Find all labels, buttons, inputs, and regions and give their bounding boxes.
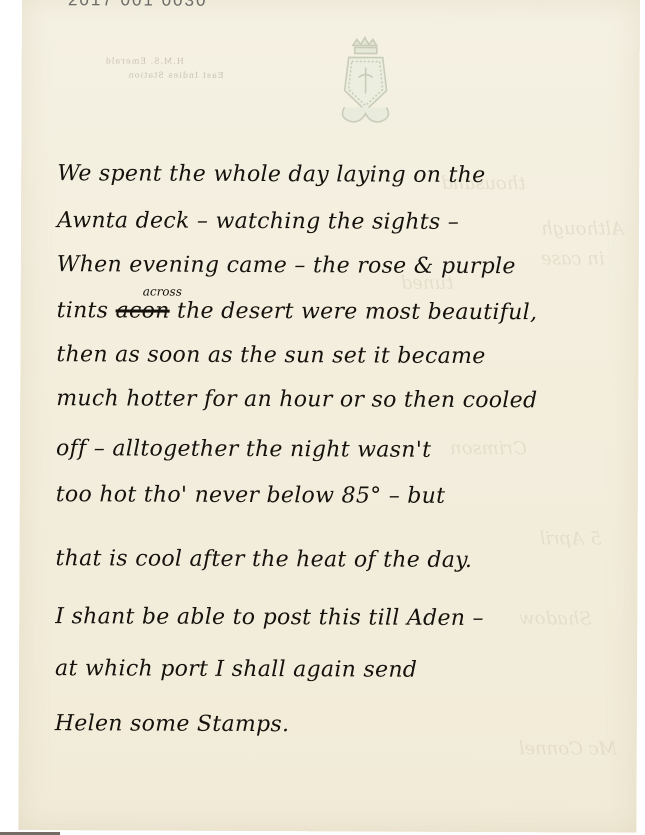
letter-line: Helen some Stamps.	[55, 711, 290, 737]
bleed-through-text: 5 April	[540, 528, 602, 549]
letter-line: We spent the whole day laying on the	[57, 161, 485, 188]
inserted-word: across	[143, 285, 182, 299]
naval-crest-icon	[334, 35, 394, 130]
letterhead-station: East Indies Station	[84, 68, 224, 83]
bleed-through-text: Although	[541, 218, 624, 239]
struck-word: acon	[116, 298, 170, 323]
bleed-through-text: Shadow	[519, 608, 592, 629]
letter-line: off – alltogether the night wasn't	[56, 436, 431, 463]
letter-line: then as soon as the sun set it became	[56, 342, 485, 369]
bleed-through-text: in case	[541, 248, 605, 269]
letter-line: tints acon the desert were most beautifu…	[57, 298, 538, 325]
letter-line: I shant be able to post this till Aden –	[55, 604, 484, 631]
letter-line: at which port I shall again send	[55, 656, 417, 683]
letterhead-mirrored: H.M.S. Emerald East Indies Station	[84, 54, 224, 83]
letter-word: tints	[57, 298, 109, 323]
letter-line: too hot tho' never below 85° – but	[56, 482, 446, 509]
letter-scan: thousand Although in case tuned Crimson …	[0, 0, 645, 835]
letter-body: We spent the whole day laying on the Awn…	[57, 146, 645, 149]
bleed-through-text: Crimson	[450, 438, 527, 459]
letter-line: Awnta deck – watching the sights –	[57, 208, 459, 235]
letterhead-ship: H.M.S. Emerald	[84, 54, 224, 69]
accession-number: 2017 001 0030	[68, 0, 208, 11]
letter-line: that is cool after the heat of the day.	[55, 546, 472, 573]
letter-line: much hotter for an hour or so then coole…	[56, 386, 537, 413]
bleed-through-text: Mc Connel	[519, 738, 618, 759]
letter-word: the desert were most beautiful,	[177, 299, 537, 326]
letter-paper: thousand Although in case tuned Crimson …	[18, 0, 640, 833]
letter-line: When evening came – the rose & purple	[57, 252, 516, 279]
